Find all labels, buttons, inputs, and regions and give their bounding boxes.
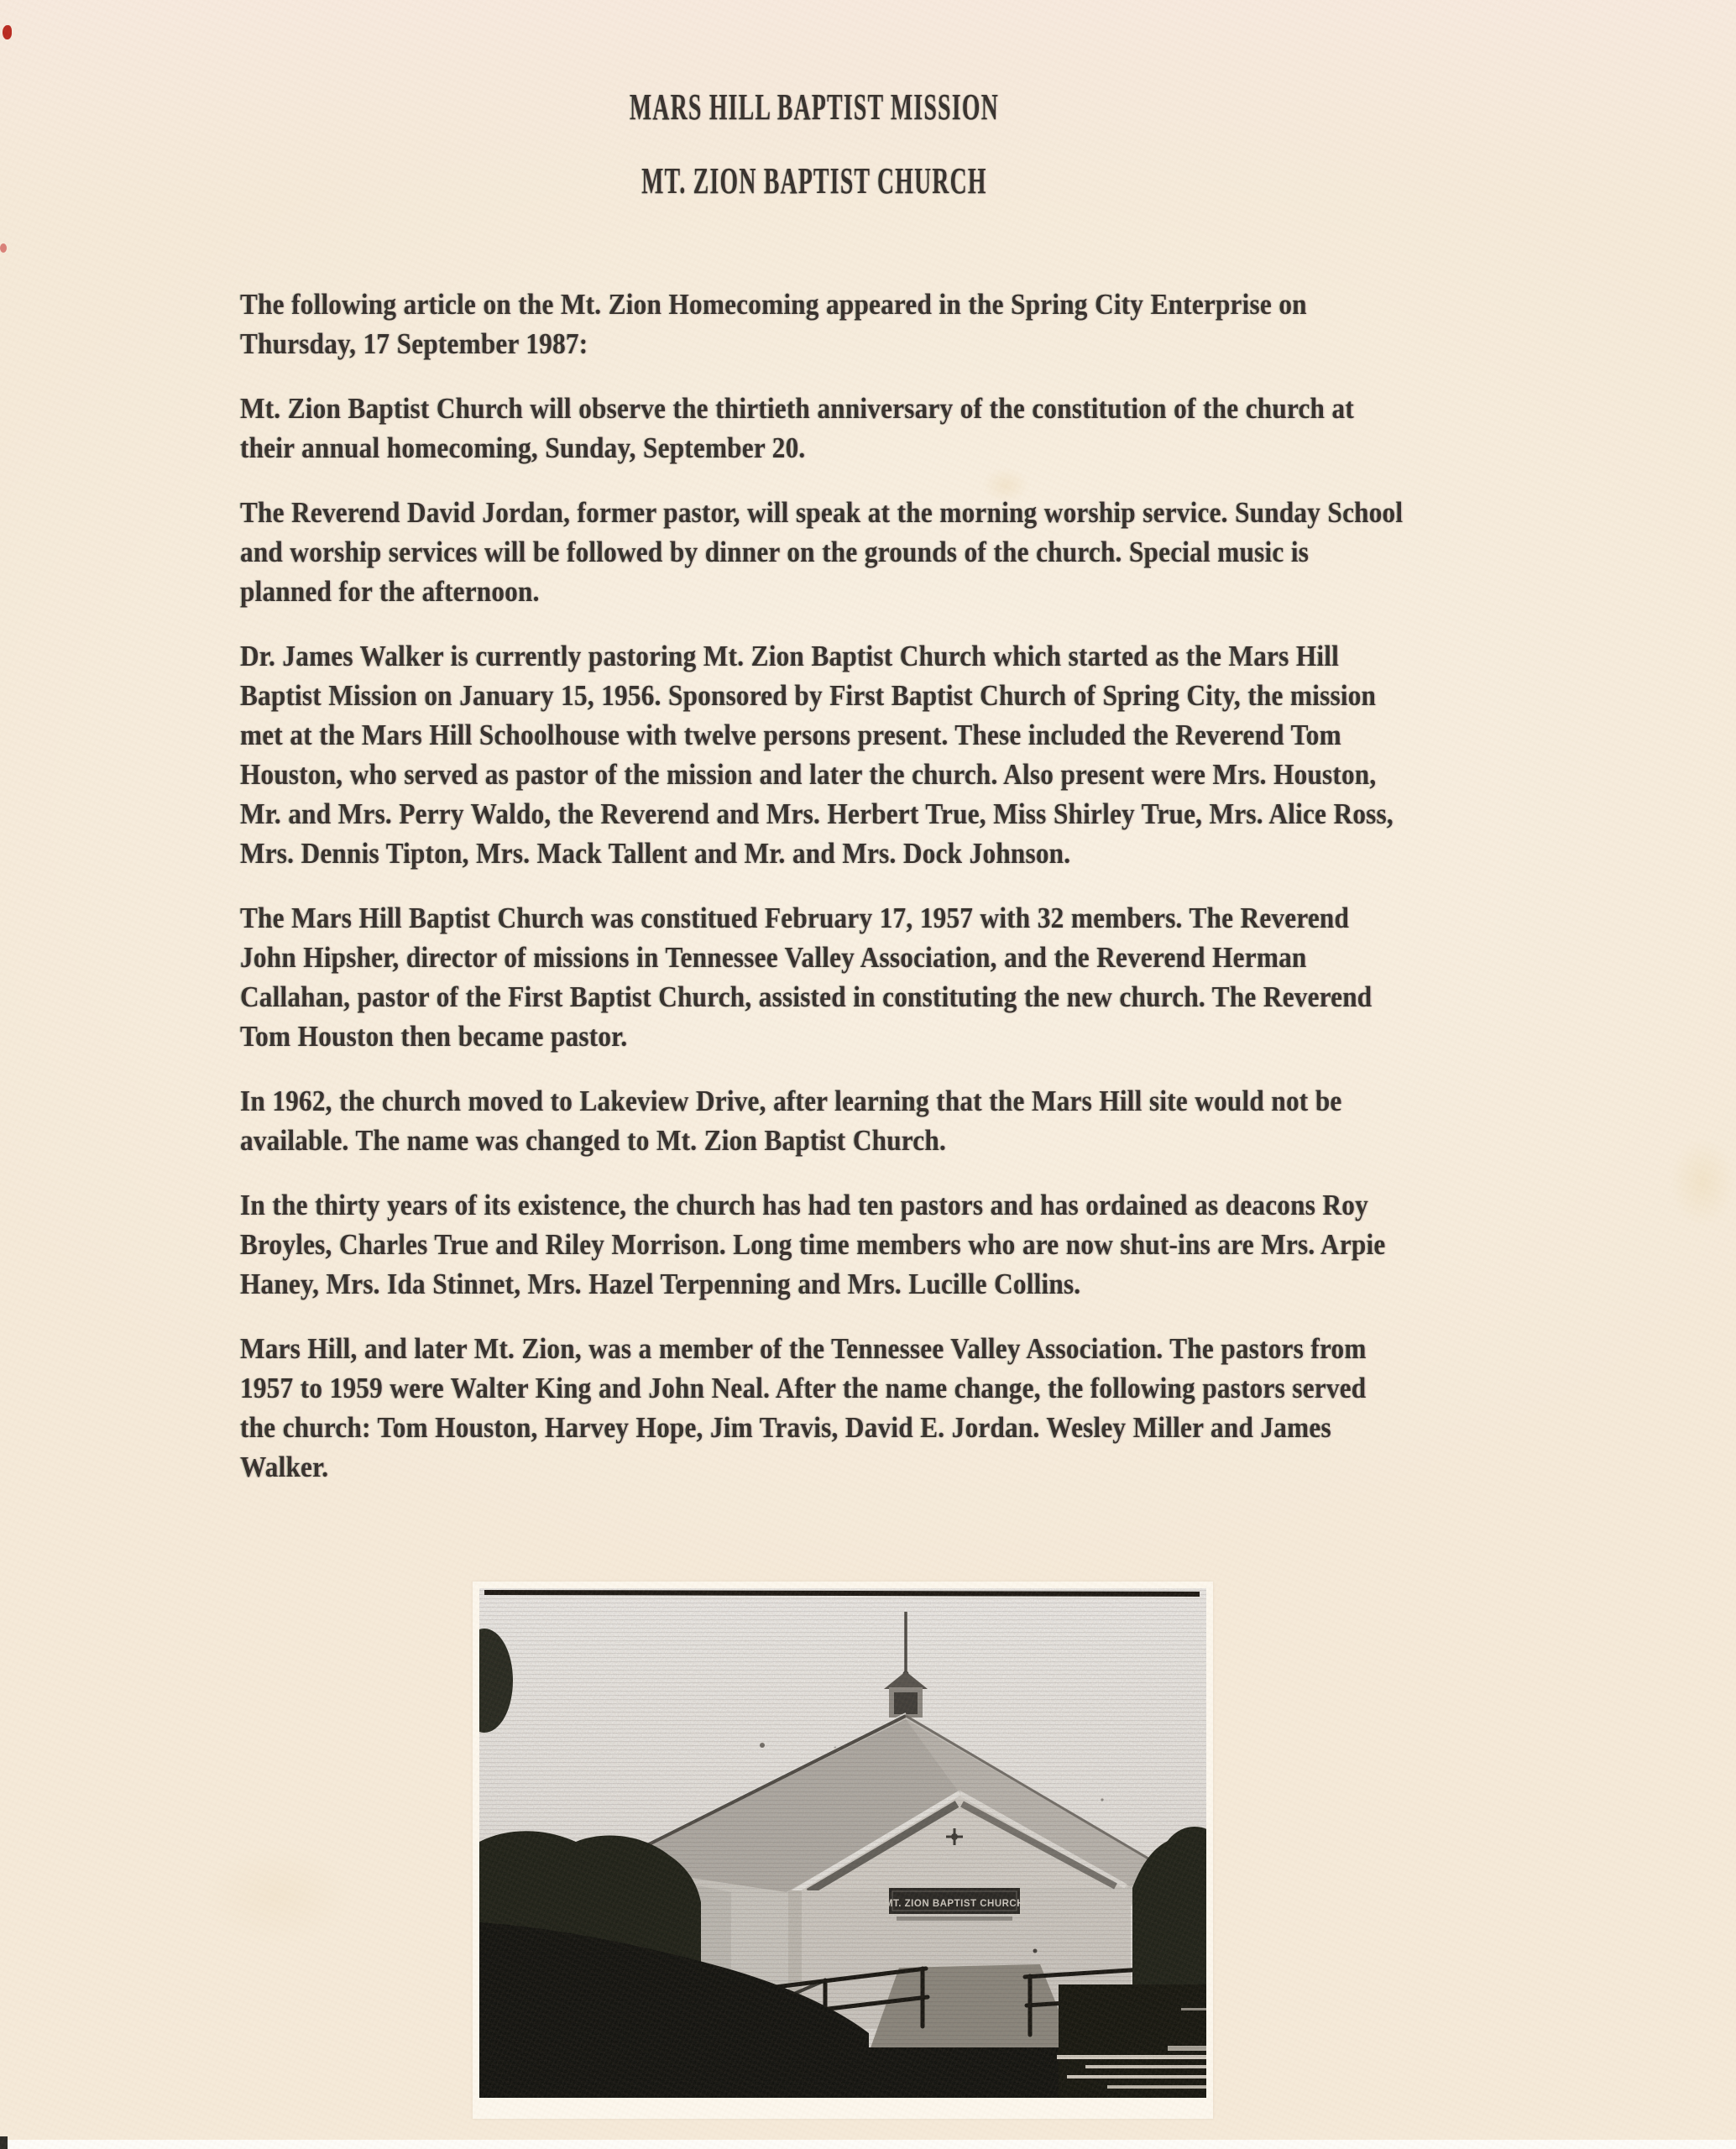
scan-corner-mark — [0, 2136, 8, 2149]
document-title-line-2: MT. ZION BAPTIST CHURCH — [452, 161, 1176, 201]
scan-edge-strip — [0, 2140, 1736, 2149]
paragraph: Mt. Zion Baptist Church will observe the… — [240, 389, 1404, 468]
photo-scene: MT. ZION BAPTIST CHURCH — [479, 1588, 1206, 2098]
red-ink-speck — [3, 25, 12, 39]
photo-grain — [479, 1588, 1206, 2098]
document-title-line-1: MARS HILL BAPTIST MISSION — [452, 87, 1176, 128]
paragraph: The Mars Hill Baptist Church was constit… — [240, 898, 1404, 1056]
scanned-document-page: MARS HILL BAPTIST MISSION MT. ZION BAPTI… — [0, 0, 1736, 2149]
church-photo-image: MT. ZION BAPTIST CHURCH — [479, 1588, 1206, 2098]
paragraph: Mars Hill, and later Mt. Zion, was a mem… — [240, 1329, 1404, 1487]
paragraph: The following article on the Mt. Zion Ho… — [240, 285, 1404, 363]
paragraph: In the thirty years of its existence, th… — [240, 1185, 1404, 1304]
article-body: The following article on the Mt. Zion Ho… — [240, 285, 1404, 1512]
paragraph: Dr. James Walker is currently pastoring … — [240, 636, 1404, 873]
pink-ink-speck — [0, 243, 7, 253]
paragraph: In 1962, the church moved to Lakeview Dr… — [240, 1081, 1404, 1160]
church-photograph: MT. ZION BAPTIST CHURCH — [473, 1582, 1213, 2119]
paragraph: The Reverend David Jordan, former pastor… — [240, 493, 1404, 611]
